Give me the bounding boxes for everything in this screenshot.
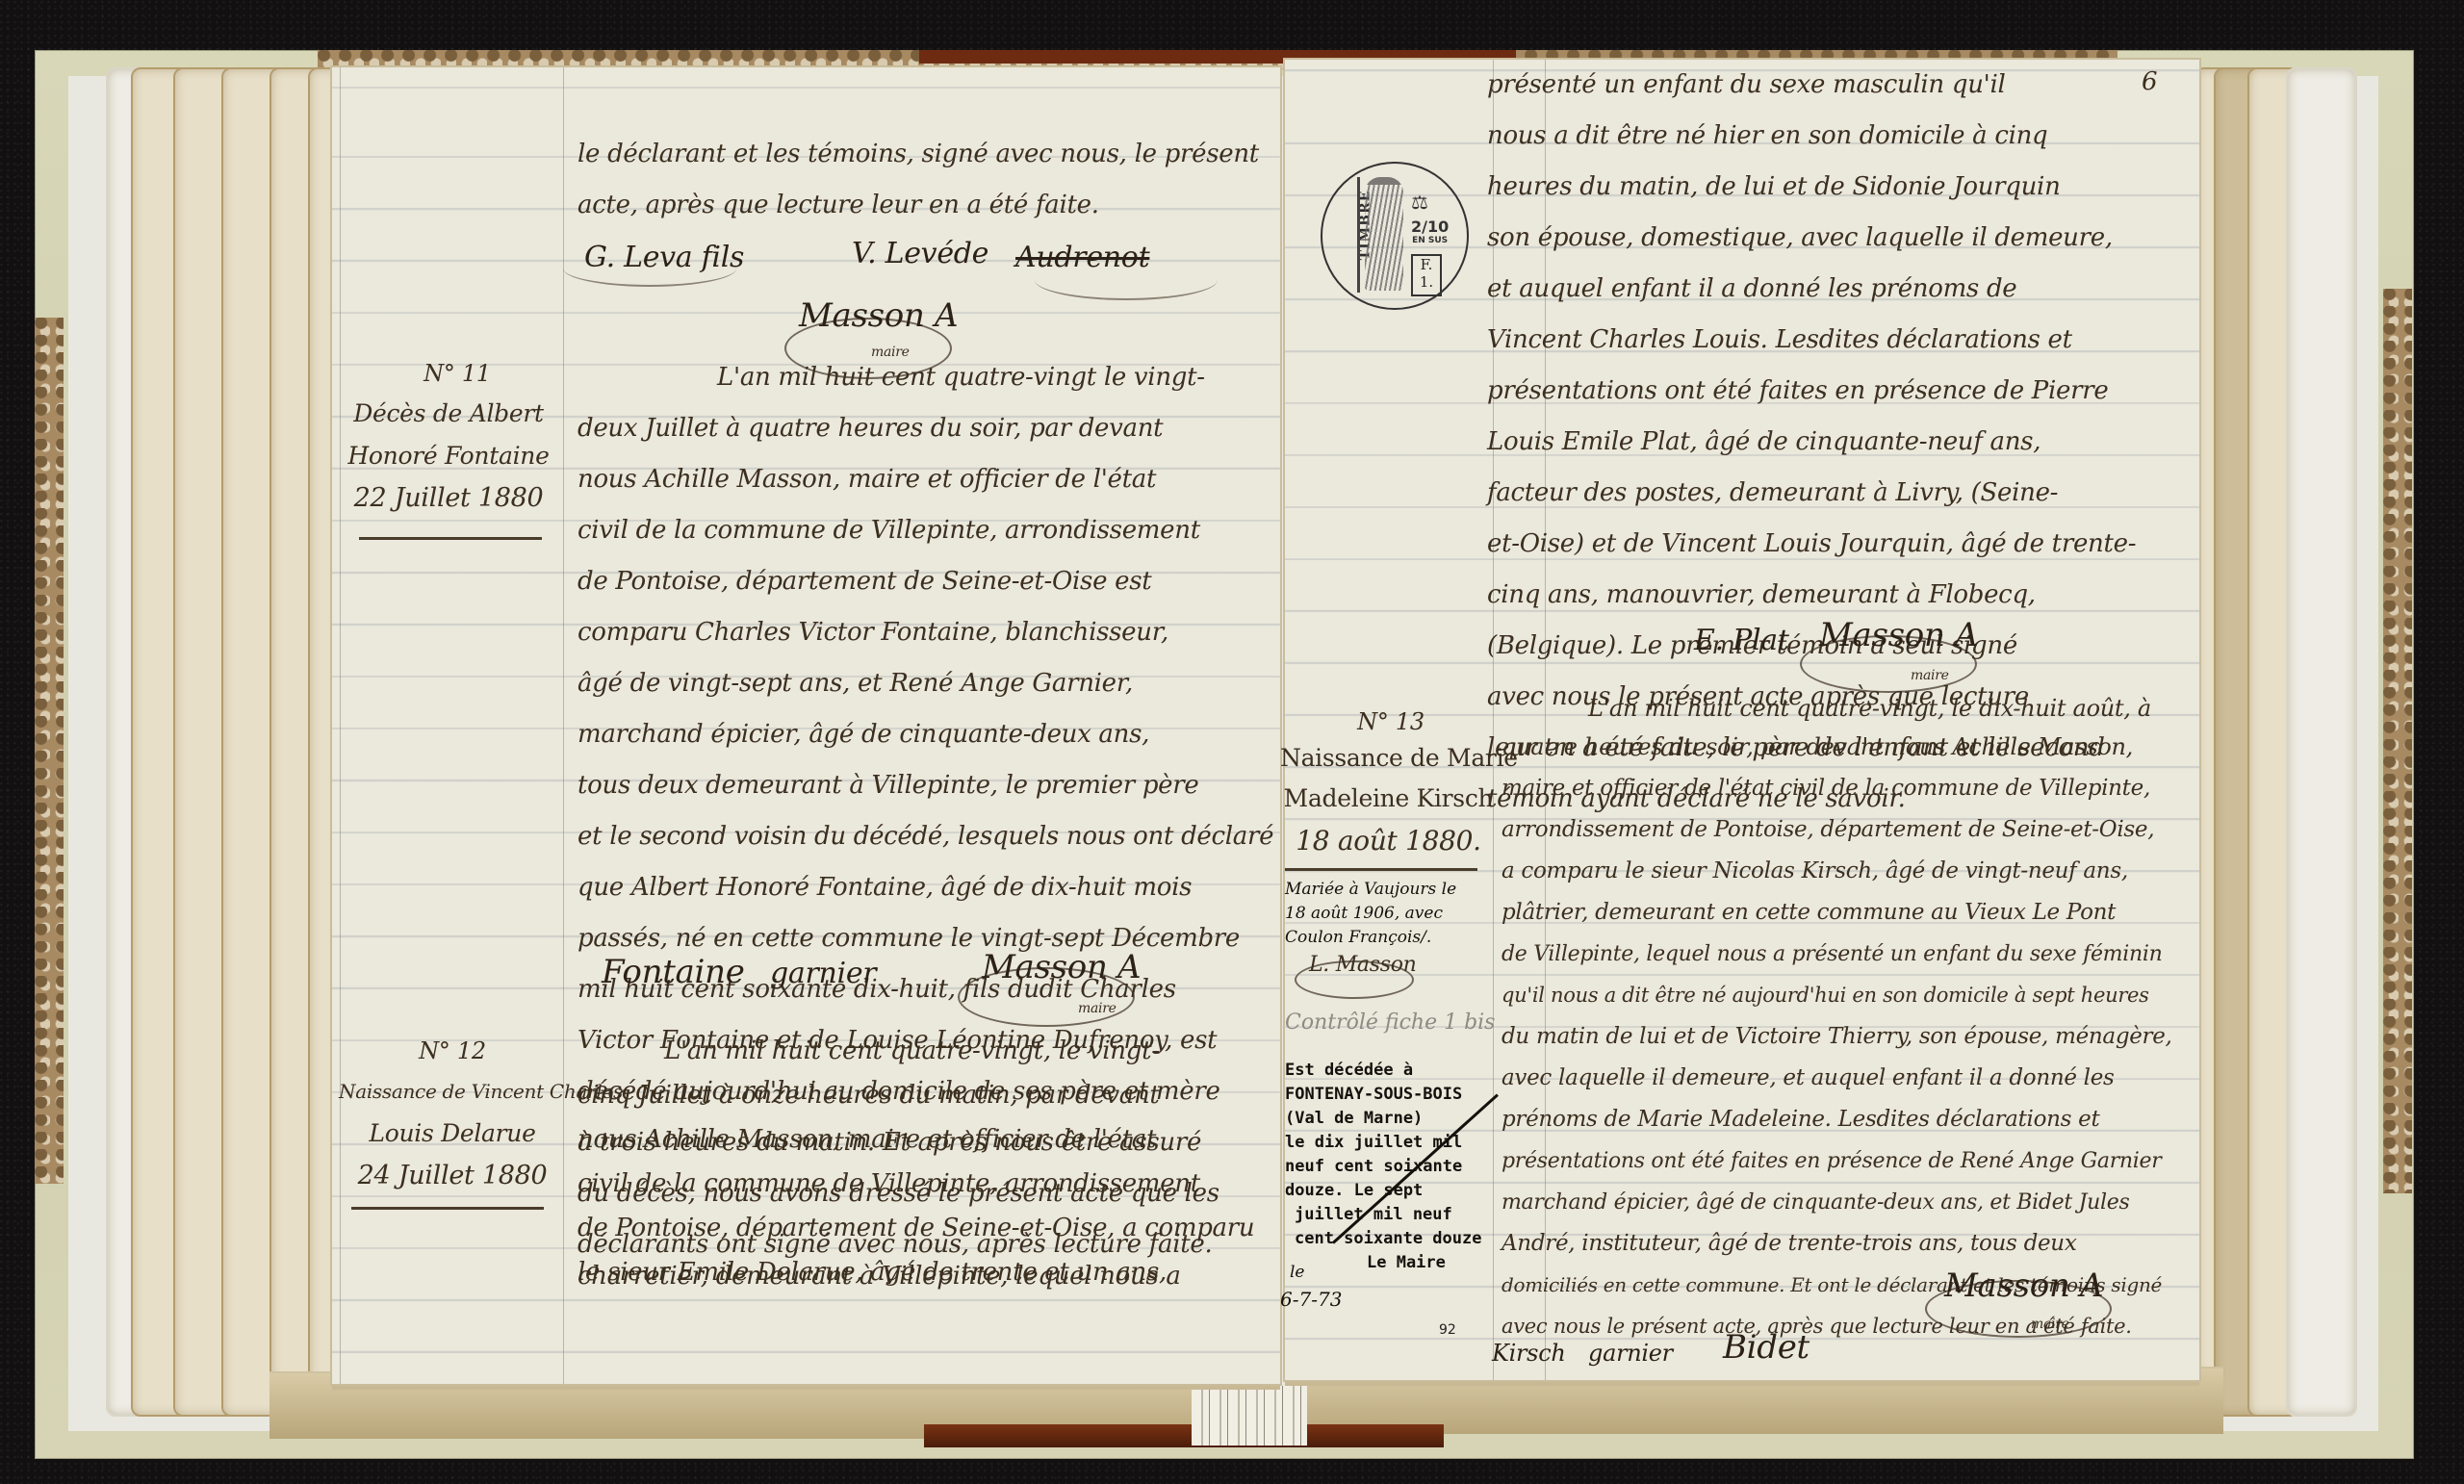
entry-margin-date: 18 août 1880. bbox=[1280, 820, 1497, 862]
body-line: facteur des postes, demeurant à Livry, (… bbox=[1487, 468, 2058, 519]
mayor-signature: Masson A bbox=[982, 948, 1141, 986]
body-line: de Pontoise, département de Seine-et-Ois… bbox=[577, 556, 1151, 607]
body-line: nous Achille Masson, maire et officier d… bbox=[577, 454, 1156, 505]
folio-number: 92 bbox=[1439, 1322, 1456, 1338]
body-line: et auquel enfant il a donné les prénoms … bbox=[1487, 264, 2016, 315]
body-line: marchand épicier, âgé de cinquante-deux … bbox=[577, 709, 1149, 760]
entry-number: N° 12 bbox=[342, 1030, 563, 1072]
annotation-signature: L. Masson bbox=[1309, 953, 1417, 977]
body-line: son épouse, domestique, avec laquelle il… bbox=[1487, 213, 2113, 264]
annotation-line: 18 août 1906, avec bbox=[1285, 902, 1443, 926]
stamp-value: 2/10 EN SUS bbox=[1411, 219, 1449, 248]
left-page-stack bbox=[106, 67, 346, 1417]
annotation-line: FONTENAY-SOUS-BOIS bbox=[1285, 1083, 1462, 1107]
body-line: âgé de vingt-sept ans, et René Ange Garn… bbox=[577, 658, 1133, 709]
annotation-date: le bbox=[1290, 1261, 1305, 1285]
body-line: et-Oise) et de Vincent Louis Jourquin, â… bbox=[1487, 519, 2136, 570]
body-line: deux Juillet à quatre heures du soir, pa… bbox=[577, 403, 1163, 454]
mayor-title: maire bbox=[1078, 1001, 1116, 1016]
mayor-signature: Masson A bbox=[799, 296, 958, 335]
declarant-signature: Fontaine bbox=[602, 953, 745, 991]
witness-signature: V. Levéde bbox=[852, 237, 988, 270]
body-line: Louis Emile Plat, âgé de cinquante-neuf … bbox=[1487, 417, 2040, 468]
body-line: tous deux demeurant à Villepinte, le pre… bbox=[577, 760, 1198, 811]
mayor-signature: Masson A bbox=[1944, 1267, 2103, 1305]
entry-margin-title: Naissance de Vincent Charles bbox=[339, 1070, 566, 1113]
annotation-line: cent soixante douze bbox=[1295, 1227, 1481, 1251]
body-line: L'an mil huit cent quatre-vingt le vingt… bbox=[717, 352, 1205, 403]
body-line: heures du matin, de lui et de Sidonie Jo… bbox=[1487, 162, 2061, 213]
justice-figure-icon bbox=[1365, 177, 1403, 291]
entry-margin-title: Honoré Fontaine bbox=[338, 435, 559, 477]
annotation-line: Coulon François/. bbox=[1285, 926, 1431, 950]
stamp-amount: F. 1. bbox=[1411, 254, 1442, 296]
annotation-line: Le Maire bbox=[1367, 1251, 1446, 1275]
left-continuation-line: le déclarant et les témoins, signé avec … bbox=[577, 129, 1259, 180]
entry-margin-title: Naissance de Marie bbox=[1280, 737, 1497, 780]
witness-signature: garnier bbox=[1588, 1340, 1673, 1367]
mayor-title: maire bbox=[2031, 1317, 2069, 1332]
leather-spine-bottom bbox=[924, 1424, 1444, 1447]
annotation-line: Est décédée à bbox=[1285, 1059, 1413, 1083]
annotation-date: 6-7-73 bbox=[1280, 1288, 1342, 1312]
annotation-line: neuf cent soixante bbox=[1285, 1155, 1462, 1179]
left-continuation-line: acte, après que lecture leur en a été fa… bbox=[577, 180, 1099, 231]
body-line: civil de la commune de Villepinte, arron… bbox=[577, 505, 1200, 556]
staff-icon bbox=[1357, 177, 1360, 293]
tax-stamp: TIMBRE ⚖ 2/10 EN SUS F. 1. bbox=[1321, 162, 1469, 310]
body-line: et le second voisin du décédé, lesquels … bbox=[577, 811, 1273, 862]
marbled-board-right bbox=[2383, 289, 2412, 1193]
stamp-suffix: EN SUS bbox=[1411, 234, 1449, 248]
entry-margin-title: Madeleine Kirsch bbox=[1280, 778, 1497, 820]
witness-signature: E. Plat bbox=[1694, 624, 1789, 657]
scales-icon: ⚖ bbox=[1411, 191, 1428, 214]
entry-margin-title: Louis Delarue bbox=[339, 1113, 566, 1155]
spine-gathering-edges bbox=[1192, 1386, 1307, 1446]
page-marker: 6 bbox=[2142, 67, 2157, 96]
entry-margin-date: 24 Juillet 1880 bbox=[339, 1155, 566, 1197]
declarant-signature: Kirsch bbox=[1492, 1340, 1566, 1367]
annotation-line: Mariée à Vaujours le bbox=[1285, 878, 1456, 902]
right-page-stack bbox=[2194, 67, 2358, 1417]
mayor-title: maire bbox=[1911, 668, 1949, 683]
entry-margin-title: Décès de Albert bbox=[338, 393, 559, 435]
body-line: que Albert Honoré Fontaine, âgé de dix-h… bbox=[577, 862, 1192, 913]
body-line: Vincent Charles Louis. Lesdites déclarat… bbox=[1487, 315, 2072, 366]
pencil-control-note: Contrôlé fiche 1 bis bbox=[1285, 1011, 1495, 1035]
body-line: cinq ans, manouvrier, demeurant à Flobec… bbox=[1487, 570, 2036, 621]
body-line: présenté un enfant du sexe masculin qu'i… bbox=[1487, 60, 2006, 111]
entry-margin-date: 22 Juillet 1880 bbox=[338, 477, 559, 520]
mayor-signature: Masson A bbox=[1819, 616, 1978, 654]
entry-number: N° 11 bbox=[351, 352, 563, 395]
body-line: présentations ont été faites en présence… bbox=[1487, 366, 2108, 417]
body-line: comparu Charles Victor Fontaine, blanchi… bbox=[577, 607, 1168, 658]
witness-signature: garnier bbox=[770, 957, 876, 990]
witness-signature: Bidet bbox=[1723, 1328, 1809, 1367]
body-line: nous a dit être né hier en son domicile … bbox=[1487, 111, 2047, 162]
marbled-board-left bbox=[35, 318, 64, 1184]
annotation-line: (Val de Marne) bbox=[1285, 1107, 1423, 1131]
body-line: charretier, demeurant à Villepinte, lequ… bbox=[577, 1251, 1181, 1302]
